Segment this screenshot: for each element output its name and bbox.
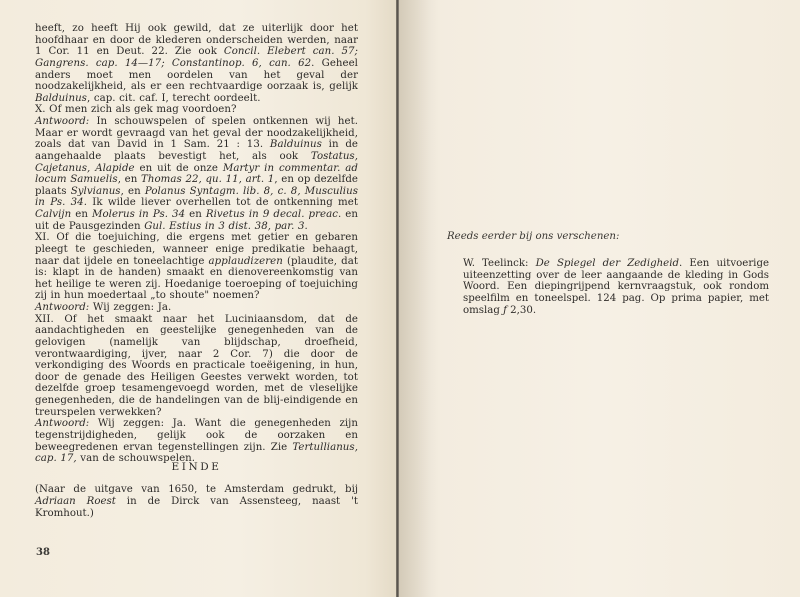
colophon-note: (Naar de uitgave van 1650, te Amsterdam … — [35, 484, 358, 519]
page-number: 38 — [36, 547, 50, 558]
previously-published-heading: Reeds eerder bij ons verschenen: — [447, 231, 619, 242]
paragraph: X. Of men zich als gek mag voordoen? — [35, 104, 358, 116]
paragraph: Antwoord: Wij zeggen: Ja. — [35, 302, 358, 314]
left-page-body-text: heeft, zo heeft Hij ook gewild, dat ze u… — [35, 23, 358, 465]
book-spread: heeft, zo heeft Hij ook gewild, dat ze u… — [0, 0, 800, 597]
end-heading: EINDE — [35, 461, 358, 473]
book-listing: W. Teelinck: De Spiegel der Zedigheid. E… — [463, 258, 769, 316]
paragraph: Antwoord: In schouwspelen of spelen ontk… — [35, 116, 358, 232]
paragraph: heeft, zo heeft Hij ook gewild, dat ze u… — [35, 23, 358, 104]
paragraph: XII. Of het smaakt naar het Luciniaansdo… — [35, 314, 358, 419]
left-page: heeft, zo heeft Hij ook gewild, dat ze u… — [0, 0, 397, 597]
paragraph: Antwoord: Wij zeggen: Ja. Want die geneg… — [35, 418, 358, 465]
fold-shadow — [399, 0, 439, 597]
paragraph: XI. Of die toejuiching, die ergens met g… — [35, 232, 358, 302]
